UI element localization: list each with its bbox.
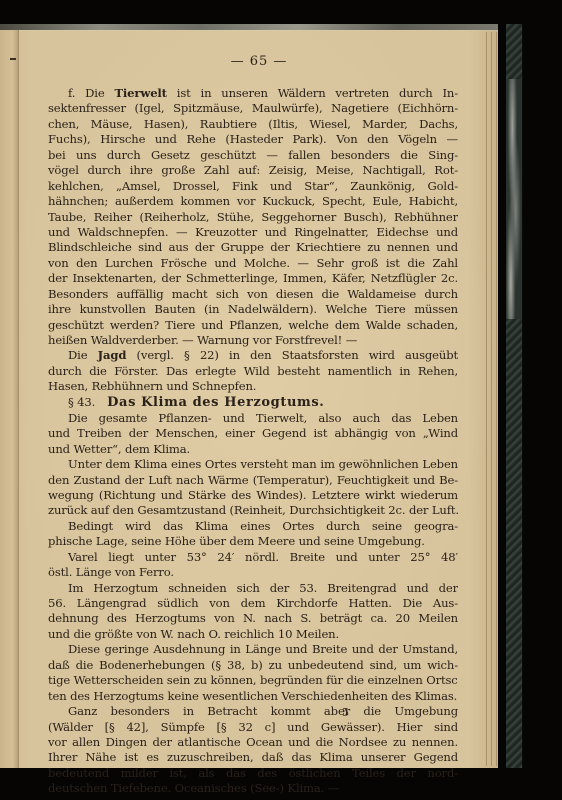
text-line: zurück auf den Gesamtzustand (Reinheit, … <box>48 503 458 518</box>
text-line: Diese geringe Ausdehnung in Länge und Br… <box>48 642 458 657</box>
text-line: geschützt werden? Tiere und Pflanzen, we… <box>48 318 458 333</box>
gutter-mark <box>10 58 16 60</box>
text-line: bedeutend milder ist, als das des östlic… <box>48 766 458 781</box>
text-line: und Treiben der Menschen, einer Gegend i… <box>48 426 458 441</box>
text-line: tige Wetterscheiden sein zu können, begr… <box>48 673 458 688</box>
text-line: (Wälder [§ 42], Sümpfe [§ 32 c] und Gewä… <box>48 720 458 735</box>
text-line: Hasen, Rebhühnern und Schnepfen. <box>48 379 458 394</box>
signature-mark: 5 <box>342 706 349 719</box>
text-line: dehnung des Herzogtums von N. nach S. be… <box>48 611 458 626</box>
paragraph-varel: Varel liegt unter 53° 24′ nördl. Breite … <box>48 550 458 581</box>
text-line: und Wetter“, dem Klima. <box>48 442 458 457</box>
text-line: Besonders auffällig macht sich von diese… <box>48 287 458 302</box>
page-edge-line <box>496 32 497 766</box>
text-line: Die Jagd (vergl. § 22) in den Staatsfors… <box>48 348 458 363</box>
text-line: ihre kunstvollen Bauten (in Nadelwäldern… <box>48 302 458 317</box>
text-line: der Insektenarten, der Schmetterlinge, I… <box>48 271 458 286</box>
text-line: heißen Waldverderber. — Warnung vor Fors… <box>48 333 458 348</box>
text-line: den Zustand der Luft nach Wärme (Tempera… <box>48 473 458 488</box>
keyword-jagd: Jagd <box>98 348 127 362</box>
text-line: f. Die Tierwelt ist in unseren Wäldern v… <box>48 86 458 101</box>
text-line: Taube, Reiher (Reiherholz, Stühe, Seggeh… <box>48 210 458 225</box>
page-text: — 65 — f. Die Tierwelt ist in unseren Wä… <box>48 54 458 797</box>
section-heading: § 43.Das Klima des Herzogtums. <box>48 395 458 411</box>
text-line: und Waldschnepfen. — Kreuzotter und Ring… <box>48 225 458 240</box>
text-line: vögel durch ihre große Zahl auf: Zeisig,… <box>48 163 458 178</box>
text-line: bei uns durch Gesetz geschützt — fallen … <box>48 148 458 163</box>
paragraph-ausdehnung: Diese geringe Ausdehnung in Länge und Br… <box>48 642 458 704</box>
text-line: wegung (Richtung und Stärke des Windes).… <box>48 488 458 503</box>
text-line: Im Herzogtum schneiden sich der 53. Brei… <box>48 581 458 596</box>
page-edge-line <box>486 32 487 766</box>
text-line: Ihrer Nähe ist es zuzuschreiben, daß das… <box>48 750 458 765</box>
text-line: Die gesamte Pflanzen- und Tierwelt, also… <box>48 411 458 426</box>
text-line: kehlchen, „Amsel, Drossel, Fink und Star… <box>48 179 458 194</box>
text-line: Fuchs), Hirsche und Rehe (Hasteder Park)… <box>48 132 458 147</box>
text-line: Unter dem Klima eines Ortes versteht man… <box>48 457 458 472</box>
section-title: Das Klima des Herzogtums. <box>107 395 324 410</box>
text-line: vor allen Dingen der atlantische Ocean u… <box>48 735 458 750</box>
spine-marbled-cover <box>506 24 523 768</box>
text-line: Ganz besonders in Betracht kommt aber di… <box>48 704 458 719</box>
paragraph-tierwelt: f. Die Tierwelt ist in unseren Wäldern v… <box>48 86 458 348</box>
text-line: sektenfresser (Igel, Spitzmäuse, Maulwür… <box>48 101 458 116</box>
text-line: Varel liegt unter 53° 24′ nördl. Breite … <box>48 550 458 565</box>
book-photo: — 65 — f. Die Tierwelt ist in unseren Wä… <box>0 0 562 800</box>
text-line: östl. Länge von Ferro. <box>48 565 458 580</box>
text-line: deutschen Tiefebene. Oceanisches (See-) … <box>48 781 458 796</box>
text-line: phische Lage, seine Höhe über dem Meere … <box>48 534 458 549</box>
paragraph-bedingt: Bedingt wird das Klima eines Ortes durch… <box>48 519 458 550</box>
text-line: daß die Bodenerhebungen (§ 38, b) zu unb… <box>48 658 458 673</box>
text-line: von den Lurchen Frösche und Molche. — Se… <box>48 256 458 271</box>
paragraph-herzogtum: Im Herzogtum schneiden sich der 53. Brei… <box>48 581 458 643</box>
paragraph-intro: Die gesamte Pflanzen- und Tierwelt, also… <box>48 411 458 457</box>
text-line: und die größte von W. nach O. reichlich … <box>48 627 458 642</box>
text-line: ten des Herzogtums keine wesentlichen Ve… <box>48 689 458 704</box>
text-line: Bedingt wird das Klima eines Ortes durch… <box>48 519 458 534</box>
previous-page-gutter <box>0 30 19 768</box>
paragraph-umgebung: Ganz besonders in Betracht kommt aber di… <box>48 704 458 797</box>
page-edge-line <box>491 32 492 766</box>
keyword-tierwelt: Tierwelt <box>114 86 166 100</box>
text-line: hähnchen; außerdem kommen vor Kuckuck, S… <box>48 194 458 209</box>
text-line: durch die Förster. Das erlegte Wild best… <box>48 364 458 379</box>
text-line: Blindschleiche sind aus der Gruppe der K… <box>48 240 458 255</box>
paragraph-definition: Unter dem Klima eines Ortes versteht man… <box>48 457 458 519</box>
page-number: — 65 — <box>48 54 458 70</box>
paragraph-jagd: Die Jagd (vergl. § 22) in den Staatsfors… <box>48 348 458 394</box>
text-line: 56. Längengrad südlich von dem Kirchdorf… <box>48 596 458 611</box>
text-line: chen, Mäuse, Hasen), Raubtiere (Iltis, W… <box>48 117 458 132</box>
section-number: § 43. <box>68 395 95 409</box>
marbled-pattern <box>506 79 522 319</box>
